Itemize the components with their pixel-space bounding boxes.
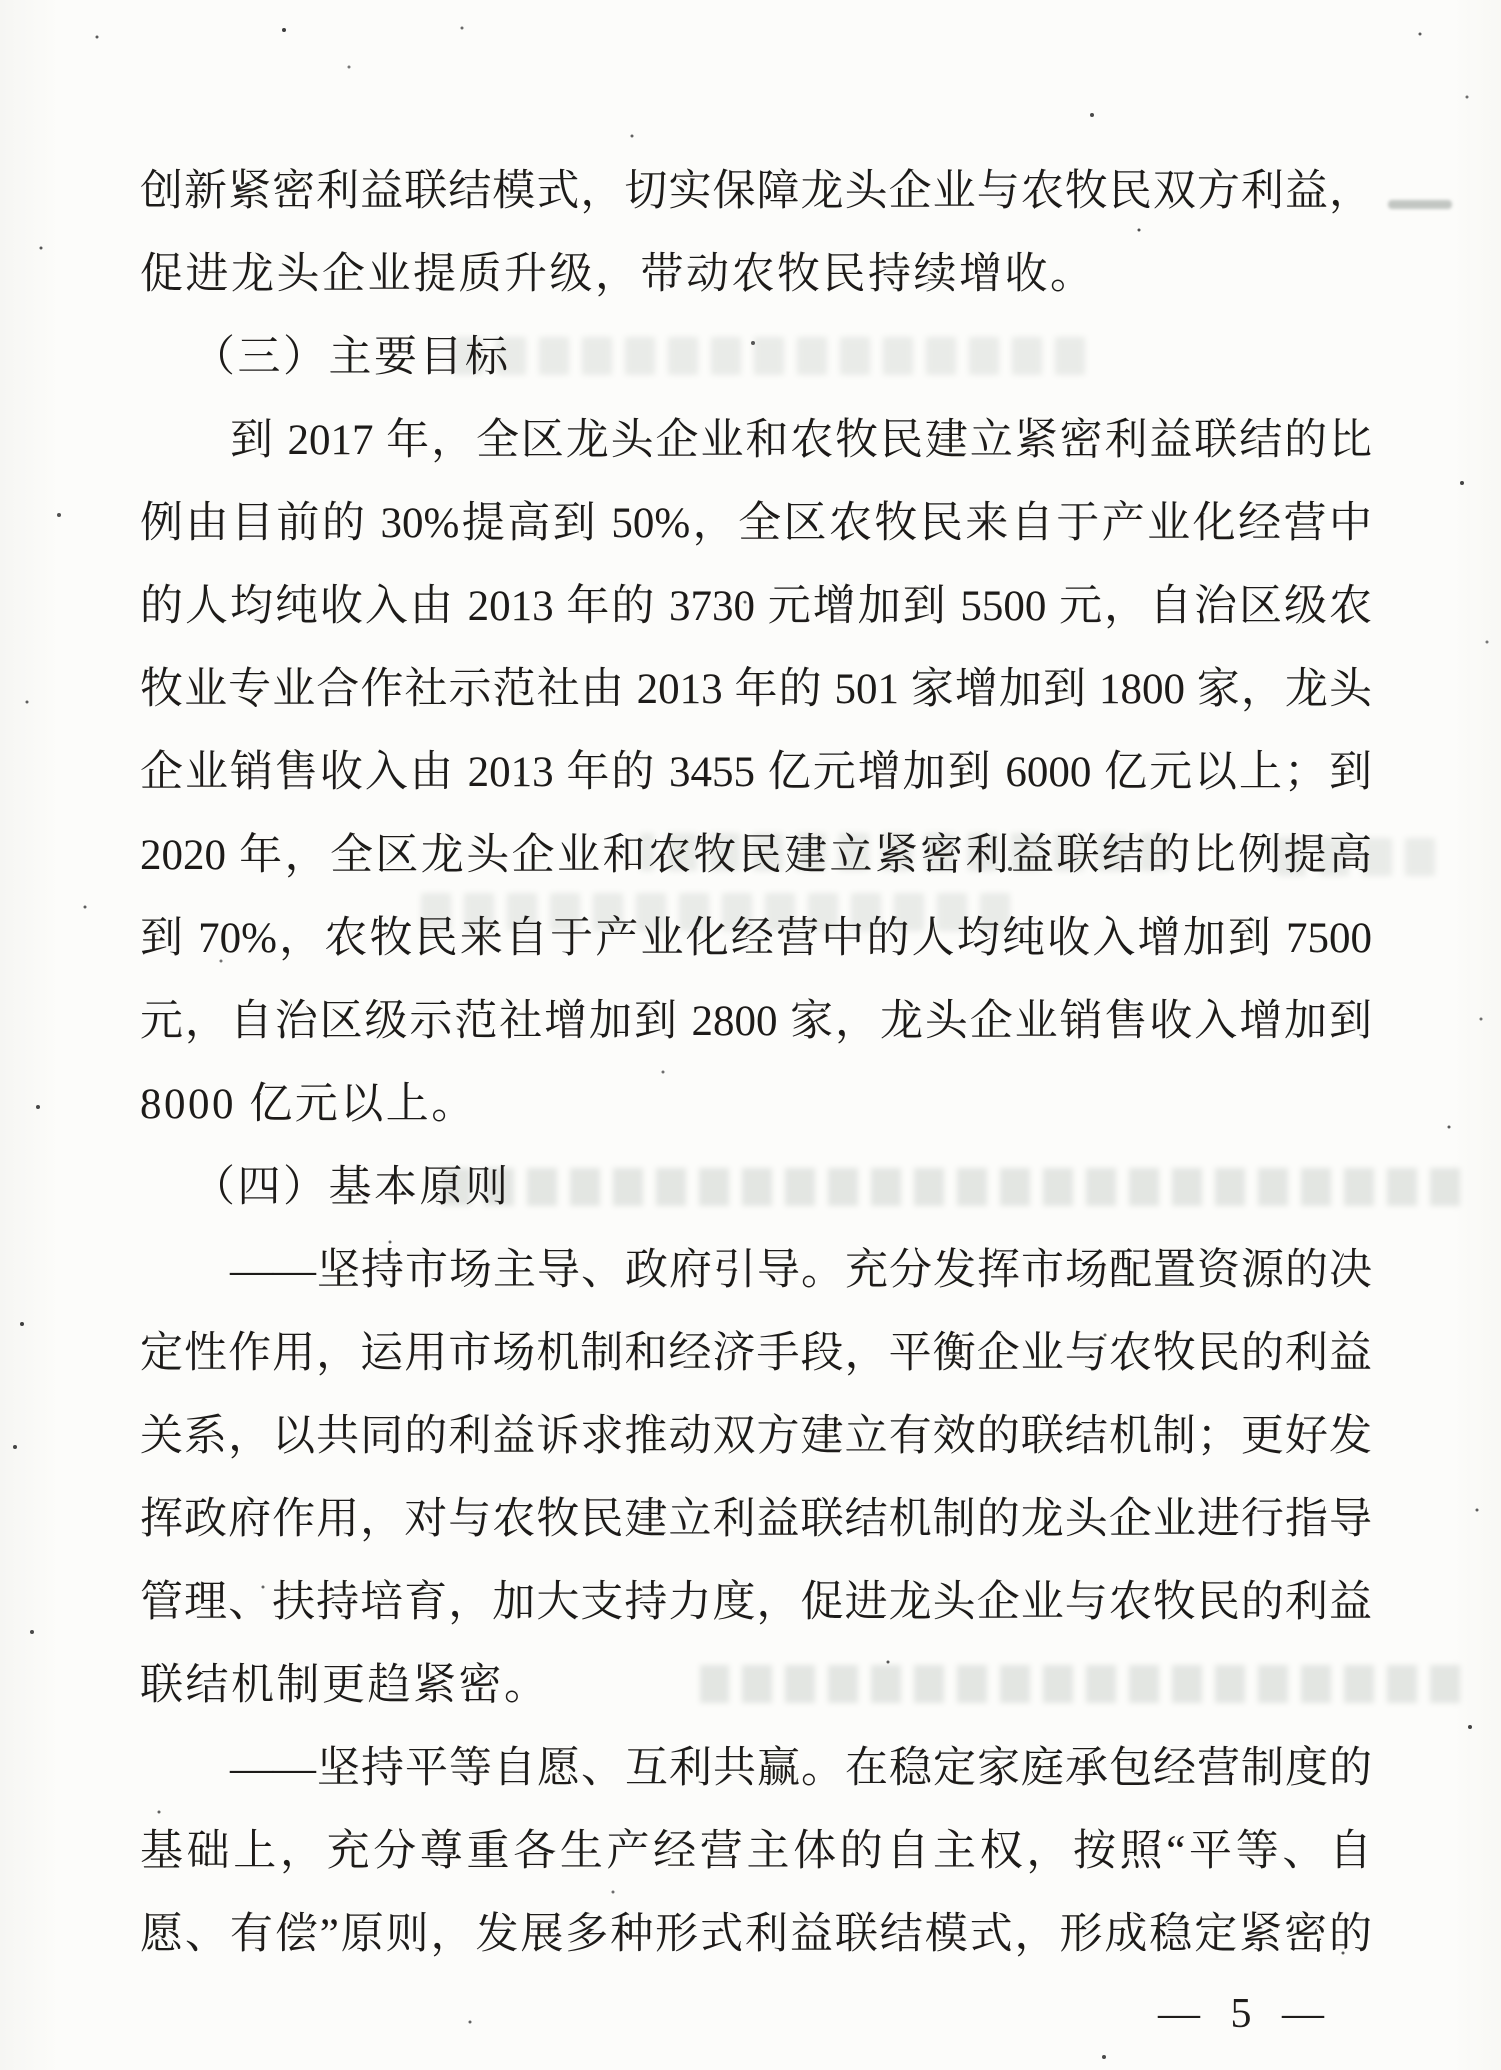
text-line: （四）基本原则 [140,1146,1372,1229]
text-line: ——坚持市场主导、政府引导。充分发挥市场配置资源的决 [140,1229,1372,1312]
text-line: 管理、扶持培育，加大支持力度，促进龙头企业与农牧民的利益 [140,1561,1372,1644]
text-line: 关系，以共同的利益诉求推动双方建立有效的联结机制；更好发 [140,1395,1372,1478]
text-line: 到 2017 年，全区龙头企业和农牧民建立紧密利益联结的比 [140,399,1372,482]
text-line: 8000 亿元以上。 [140,1063,1372,1146]
bleedthrough-dash-artifact [1388,200,1452,209]
text-line: 基础上，充分尊重各生产经营主体的自主权，按照“平等、自 [140,1810,1372,1893]
text-line: 定性作用，运用市场机制和经济手段，平衡企业与农牧民的利益 [140,1312,1372,1395]
text-line: 创新紧密利益联结模式，切实保障龙头企业与农牧民双方利益， [140,150,1372,233]
text-line: 2020 年，全区龙头企业和农牧民建立紧密利益联结的比例提高 [140,814,1372,897]
page-number: — 5 — [1158,1990,1334,2038]
text-line: 到 70%，农牧民来自于产业化经营中的人均纯收入增加到 7500 [140,897,1372,980]
text-line: 例由目前的 30%提高到 50%，全区农牧民来自于产业化经营中 [140,482,1372,565]
text-line: ——坚持平等自愿、互利共赢。在稳定家庭承包经营制度的 [140,1727,1372,1810]
text-line: （三）主要目标 [140,316,1372,399]
text-line: 促进龙头企业提质升级，带动农牧民持续增收。 [140,233,1372,316]
scanner-noise-specks [0,0,2,2]
scanned-document-page: { "document": { "lines": [ "创新紧密利益联结模式，切… [0,0,1501,2070]
text-line: 挥政府作用，对与农牧民建立利益联结机制的龙头企业进行指导 [140,1478,1372,1561]
document-text: 创新紧密利益联结模式，切实保障龙头企业与农牧民双方利益，促进龙头企业提质升级，带… [140,150,1372,1976]
text-line: 元，自治区级示范社增加到 2800 家，龙头企业销售收入增加到 [140,980,1372,1063]
text-line: 牧业专业合作社示范社由 2013 年的 501 家增加到 1800 家，龙头 [140,648,1372,731]
text-line: 愿、有偿”原则，发展多种形式利益联结模式，形成稳定紧密的 [140,1893,1372,1976]
text-line: 的人均纯收入由 2013 年的 3730 元增加到 5500 元，自治区级农 [140,565,1372,648]
text-line: 联结机制更趋紧密。 [140,1644,1372,1727]
text-line: 企业销售收入由 2013 年的 3455 亿元增加到 6000 亿元以上；到 [140,731,1372,814]
